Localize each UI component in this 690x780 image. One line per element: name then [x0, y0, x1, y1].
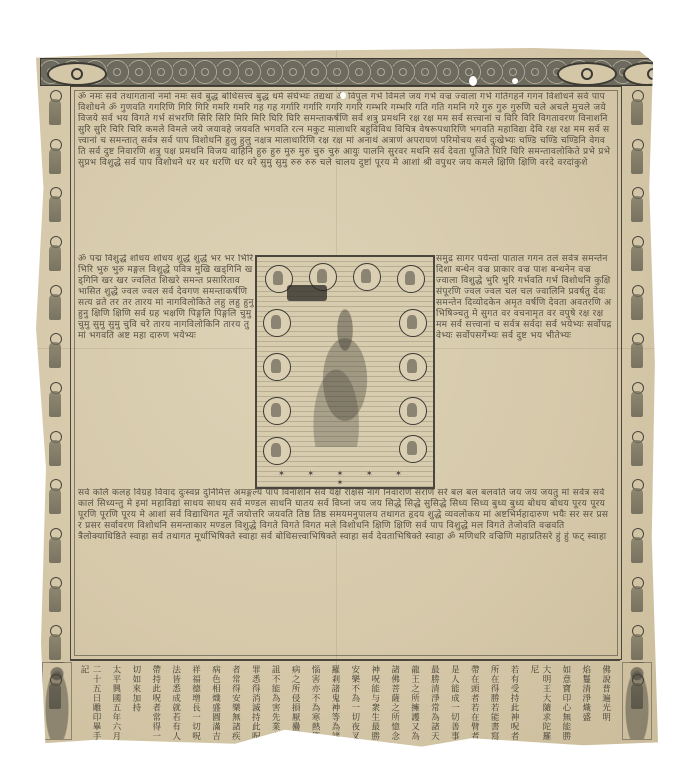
- colophon-column: 病色相熾盛圓滿吉: [209, 665, 221, 741]
- colophon-column: 最勝清淨常為諸天: [428, 665, 440, 741]
- sanskrit-text-left: ॐ पद्म विशुद्धे शोधय शोधय शुद्धे शुद्धे …: [78, 254, 254, 486]
- deity-figure-icon: [46, 139, 64, 175]
- colophon-column: 諸佛菩薩之所憶念: [389, 665, 401, 741]
- deity-figure-icon: [628, 528, 646, 564]
- paper-hole: [184, 744, 190, 750]
- deity-figure-icon: [46, 431, 64, 467]
- colophon-column: 焰鬘清淨熾盛: [580, 665, 592, 741]
- colophon-column: 神呪能与衆生最勝: [369, 665, 381, 741]
- colophon-column: 是人能成一切善事: [448, 665, 460, 741]
- guardian-figure-left-icon: [42, 662, 72, 740]
- colophon-column: 切如來加持: [130, 665, 142, 741]
- colophon-column: 二十五日雕印畢手記: [78, 665, 102, 741]
- colophon-column: 龍王之所擁護又為: [409, 665, 421, 741]
- colophon-column: 如意寶印心無能勝: [560, 665, 572, 741]
- deity-figure-icon: [628, 90, 646, 126]
- colophon-column: 法皆悉成就若有人: [170, 665, 182, 741]
- colophon-column: 大明王大隨求陀羅尼: [528, 665, 552, 741]
- colophon-column: 若有受持此神呪者: [508, 665, 520, 741]
- deity-figure-icon: [46, 333, 64, 369]
- colophon-column: 祥福德增長一切呪: [190, 665, 202, 741]
- medallion-figure-icon: [397, 265, 425, 293]
- sanskrit-text-lower: सर्व कलि कलह विग्रह विवाद दुःस्वप्न दुर्…: [78, 488, 612, 654]
- paper-hole: [512, 78, 518, 84]
- vajra-emblem-left-icon: [47, 62, 107, 86]
- colophon-column: 羅剎諸鬼神等為諸: [329, 665, 341, 741]
- deity-figure-icon: [628, 236, 646, 272]
- deity-figure-icon: [46, 90, 64, 126]
- vajra-emblem-right-icon: [557, 62, 617, 86]
- central-deity-illustration: ✶ ✶ ✶ ✶ ✶ ✶: [255, 255, 435, 489]
- deity-figure-icon: [628, 187, 646, 223]
- enthroned-deity: [301, 297, 389, 447]
- dharani-sheet: ॐ नमः सर्व तथागतानां नमो नमः सर्व बुद्ध …: [36, 48, 658, 748]
- deity-figure-icon: [628, 333, 646, 369]
- medallion-figure-icon: [263, 353, 291, 381]
- right-deity-border: [626, 90, 648, 710]
- deity-figure-icon: [46, 236, 64, 272]
- guardian-figure-right-icon: [622, 662, 652, 740]
- deity-figure-icon: [628, 479, 646, 515]
- top-floral-border: [40, 58, 654, 86]
- deity-figure-icon: [628, 139, 646, 175]
- deity-figure-icon: [628, 382, 646, 418]
- sanskrit-text-right: समुद्र सागर पर्यन्तां पाताल गगन तलं सर्व…: [436, 254, 612, 486]
- chinese-colophon: 佛說普遍光明 焰鬘清淨熾盛 如意寶印心無能勝 大明王大隨求陀羅尼 若有受持此神呪…: [70, 660, 620, 742]
- medallion-figure-icon: [353, 263, 381, 291]
- colophon-column: 惱害亦不為寒熱等: [309, 665, 321, 741]
- medallion-figure-icon: [399, 397, 427, 425]
- colophon-column: 所在得勝若能書寫: [488, 665, 500, 741]
- colophon-column: 者常得安樂無諸疾: [229, 665, 241, 741]
- medallion-figure-icon: [263, 437, 291, 465]
- stars-row-icon: ✶ ✶ ✶ ✶ ✶ ✶: [267, 469, 423, 483]
- deity-figure-icon: [46, 479, 64, 515]
- colophon-column: 詛不能為害先業之: [269, 665, 281, 741]
- medallion-figure-icon: [263, 309, 291, 337]
- colophon-column: 病之所侵損厭蠱咒: [289, 665, 301, 741]
- deity-figure-icon: [46, 625, 64, 661]
- medallion-figure-icon: [263, 397, 291, 425]
- medallion-figure-icon: [399, 309, 427, 337]
- deity-figure-icon: [46, 187, 64, 223]
- paper-hole: [340, 92, 346, 99]
- deity-figure-icon: [628, 577, 646, 613]
- colophon-column: 太平興國五年六月: [110, 665, 122, 741]
- deity-figure-icon: [628, 431, 646, 467]
- colophon-column: 罪悉得消滅持此呪: [249, 665, 261, 741]
- left-deity-border: [44, 90, 66, 710]
- deity-figure-icon: [46, 577, 64, 613]
- colophon-column: 佛說普遍光明: [600, 665, 612, 741]
- deity-figure-icon: [628, 285, 646, 321]
- medallion-figure-icon: [399, 353, 427, 381]
- colophon-column: 帶持此呪者常得一: [150, 665, 162, 741]
- colophon-column: 帶在頭者若在臂者: [468, 665, 480, 741]
- deity-figure-icon: [46, 382, 64, 418]
- deity-figure-icon: [628, 625, 646, 661]
- sanskrit-text-top: ॐ नमः सर्व तथागतानां नमो नमः सर्व बुद्ध …: [78, 92, 612, 254]
- colophon-column: 安樂不為一切夜叉: [349, 665, 361, 741]
- deity-figure-icon: [46, 285, 64, 321]
- medallion-figure-icon: [399, 435, 427, 463]
- paper-hole: [469, 76, 477, 86]
- deity-figure-icon: [46, 528, 64, 564]
